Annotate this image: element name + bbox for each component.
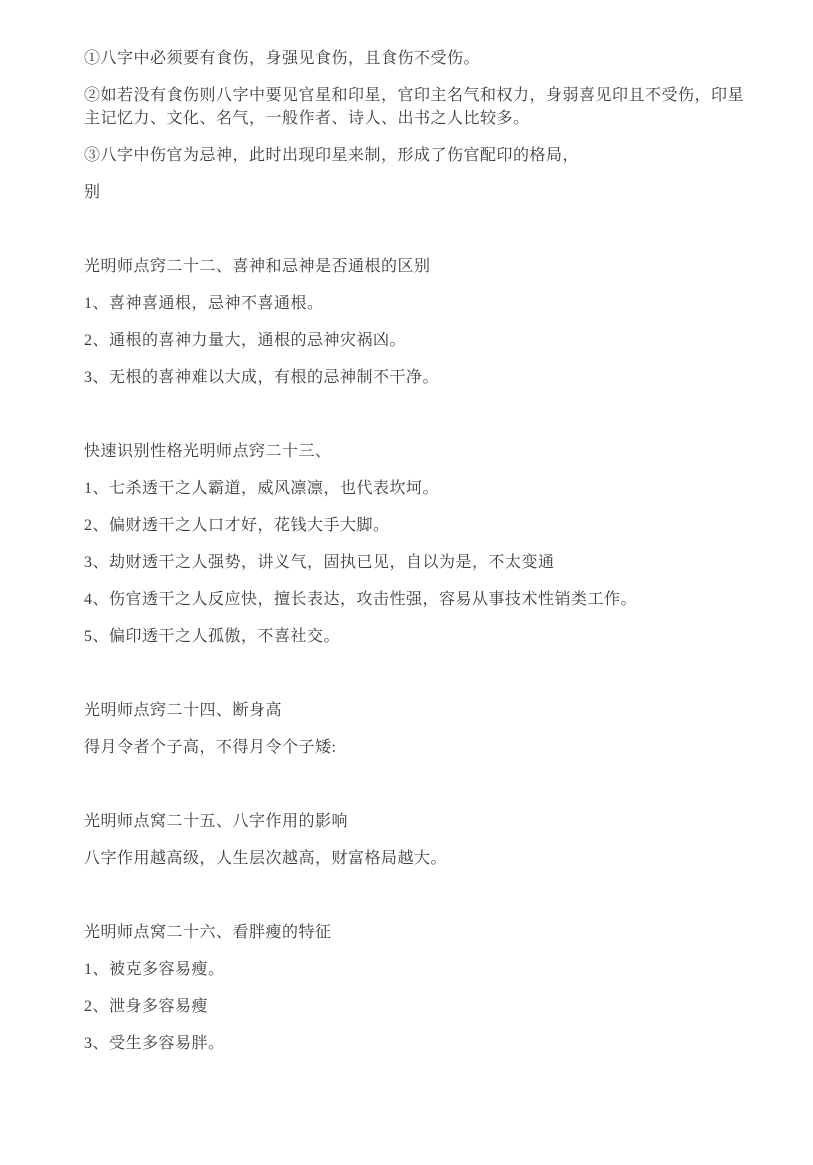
list-item: 2、通根的喜神力量大，通根的忌神灾祸凶。 bbox=[84, 329, 748, 352]
blank-line bbox=[84, 662, 748, 685]
intro-paragraph-1: ①八字中必须要有食伤，身强见食伤，且食伤不受伤。 bbox=[84, 47, 748, 70]
intro-paragraph-4: 别 bbox=[84, 181, 748, 204]
list-item: 2、泄身多容易瘦 bbox=[84, 995, 748, 1018]
list-item: 3、受生多容易胖。 bbox=[84, 1032, 748, 1055]
section-heading: 光明师点窝二十六、看胖瘦的特征 bbox=[84, 921, 748, 944]
section-heading: 光明师点窍二十四、断身高 bbox=[84, 699, 748, 722]
list-item: 5、偏印透干之人孤傲，不喜社交。 bbox=[84, 625, 748, 648]
blank-line bbox=[84, 218, 748, 241]
blank-line bbox=[84, 884, 748, 907]
list-item: 3、无根的喜神难以大成，有根的忌神制不干净。 bbox=[84, 366, 748, 389]
body-paragraph: 得月令者个子高，不得月令个子矮: bbox=[84, 736, 748, 759]
section-heading: 光明师点窍二十二、喜神和忌神是否通根的区别 bbox=[84, 255, 748, 278]
document-content: ①八字中必须要有食伤，身强见食伤，且食伤不受伤。 ②如若没有食伤则八字中要见官星… bbox=[84, 47, 748, 1069]
list-item: 2、偏财透干之人口才好，花钱大手大脚。 bbox=[84, 514, 748, 537]
intro-paragraph-2: ②如若没有食伤则八字中要见官星和印星，官印主名气和权力，身弱喜见印且不受伤，印星… bbox=[84, 84, 748, 130]
blank-line bbox=[84, 403, 748, 426]
document-page: ①八字中必须要有食伤，身强见食伤，且食伤不受伤。 ②如若没有食伤则八字中要见官星… bbox=[0, 0, 813, 1165]
intro-paragraph-3: ③八字中伤官为忌神，此时出现印星来制，形成了伤官配印的格局， bbox=[84, 144, 748, 167]
section-heading: 光明师点窝二十五、八字作用的影响 bbox=[84, 810, 748, 833]
list-item: 1、喜神喜通根，忌神不喜通根。 bbox=[84, 292, 748, 315]
list-item: 1、七杀透干之人霸道，威风凛凛，也代表坎坷。 bbox=[84, 477, 748, 500]
body-paragraph: 八字作用越高级，人生层次越高，财富格局越大。 bbox=[84, 847, 748, 870]
list-item: 4、伤官透干之人反应快，擅长表达，攻击性强，容易从事技术性销类工作。 bbox=[84, 588, 748, 611]
list-item: 3、劫财透干之人强势，讲义气，固执已见，自以为是，不太变通 bbox=[84, 551, 748, 574]
section-heading: 快速识别性格光明师点窍二十三、 bbox=[84, 440, 748, 463]
blank-line bbox=[84, 773, 748, 796]
list-item: 1、被克多容易瘦。 bbox=[84, 958, 748, 981]
